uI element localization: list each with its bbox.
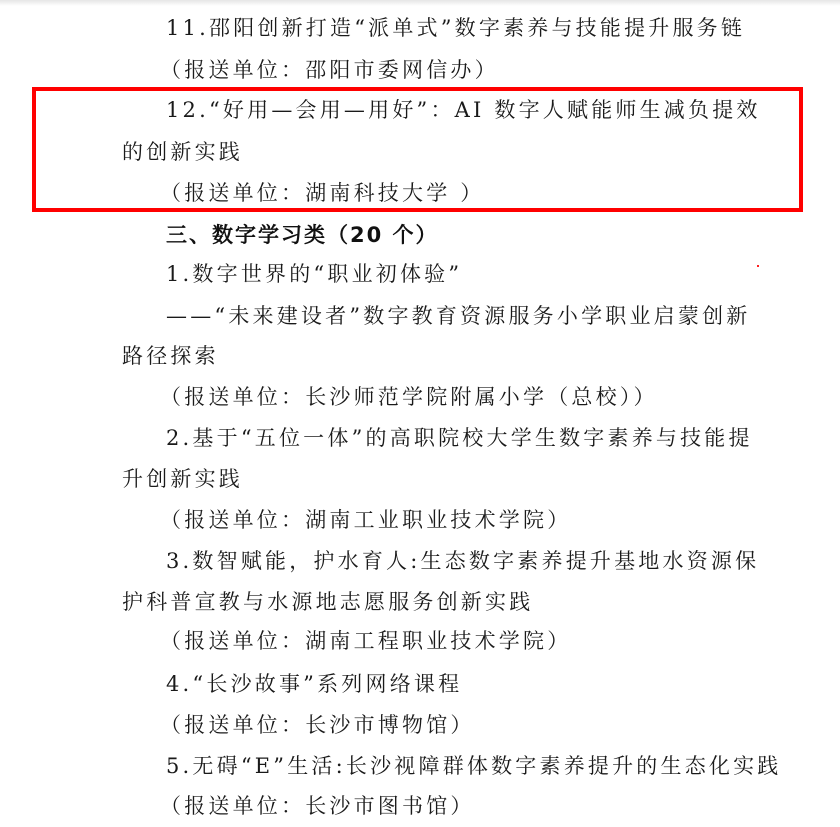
red-mark	[757, 265, 759, 267]
page-top-shadow	[0, 0, 840, 6]
item-12-unit: （报送单位：湖南科技大学 ）	[160, 178, 484, 208]
section-item-2-title-line-2: 升创新实践	[122, 464, 243, 494]
item-11-unit: （报送单位：邵阳市委网信办）	[160, 55, 499, 85]
section-item-3-title-line-1: 3.数智赋能，护水育人:生态数字素养提升基地水资源保	[166, 546, 759, 576]
item-12-title-line-1: 12.“好用—会用—用好”：AI 数字人赋能师生减负提效	[166, 95, 761, 125]
section-item-2-title-line-1: 2.基于“五位一体”的高职院校大学生数字素养与技能提	[166, 423, 753, 453]
section-item-1-unit: （报送单位：长沙师范学院附属小学（总校））	[160, 382, 658, 412]
item-11-title: 11.邵阳创新打造“派单式”数字素养与技能提升服务链	[166, 13, 745, 43]
section-item-3-unit: （报送单位：湖南工程职业技术学院）	[160, 626, 571, 656]
section-item-3-title-line-2: 护科普宣教与水源地志愿服务创新实践	[122, 587, 533, 617]
section-item-4-title: 4.“长沙故事”系列网络课程	[166, 669, 462, 699]
section-item-4-unit: （报送单位：长沙市博物馆）	[160, 710, 475, 740]
section-item-1-title-line-3: 路径探索	[122, 341, 219, 371]
section-item-5-title: 5.无碍“E”生活:长沙视障群体数字素养提升的生态化实践	[166, 751, 782, 781]
section-item-5-unit: （报送单位：长沙市图书馆）	[160, 791, 475, 821]
section-heading: 三、数字学习类（20 个）	[166, 220, 439, 250]
section-item-1-title-line-2: ——“未来建设者”数字教育资源服务小学职业启蒙创新	[166, 301, 750, 331]
item-12-title-line-2: 的创新实践	[122, 137, 243, 167]
section-item-2-unit: （报送单位：湖南工业职业技术学院）	[160, 505, 571, 535]
section-item-1-title-line-1: 1.数字世界的“职业初体验”	[166, 259, 462, 289]
